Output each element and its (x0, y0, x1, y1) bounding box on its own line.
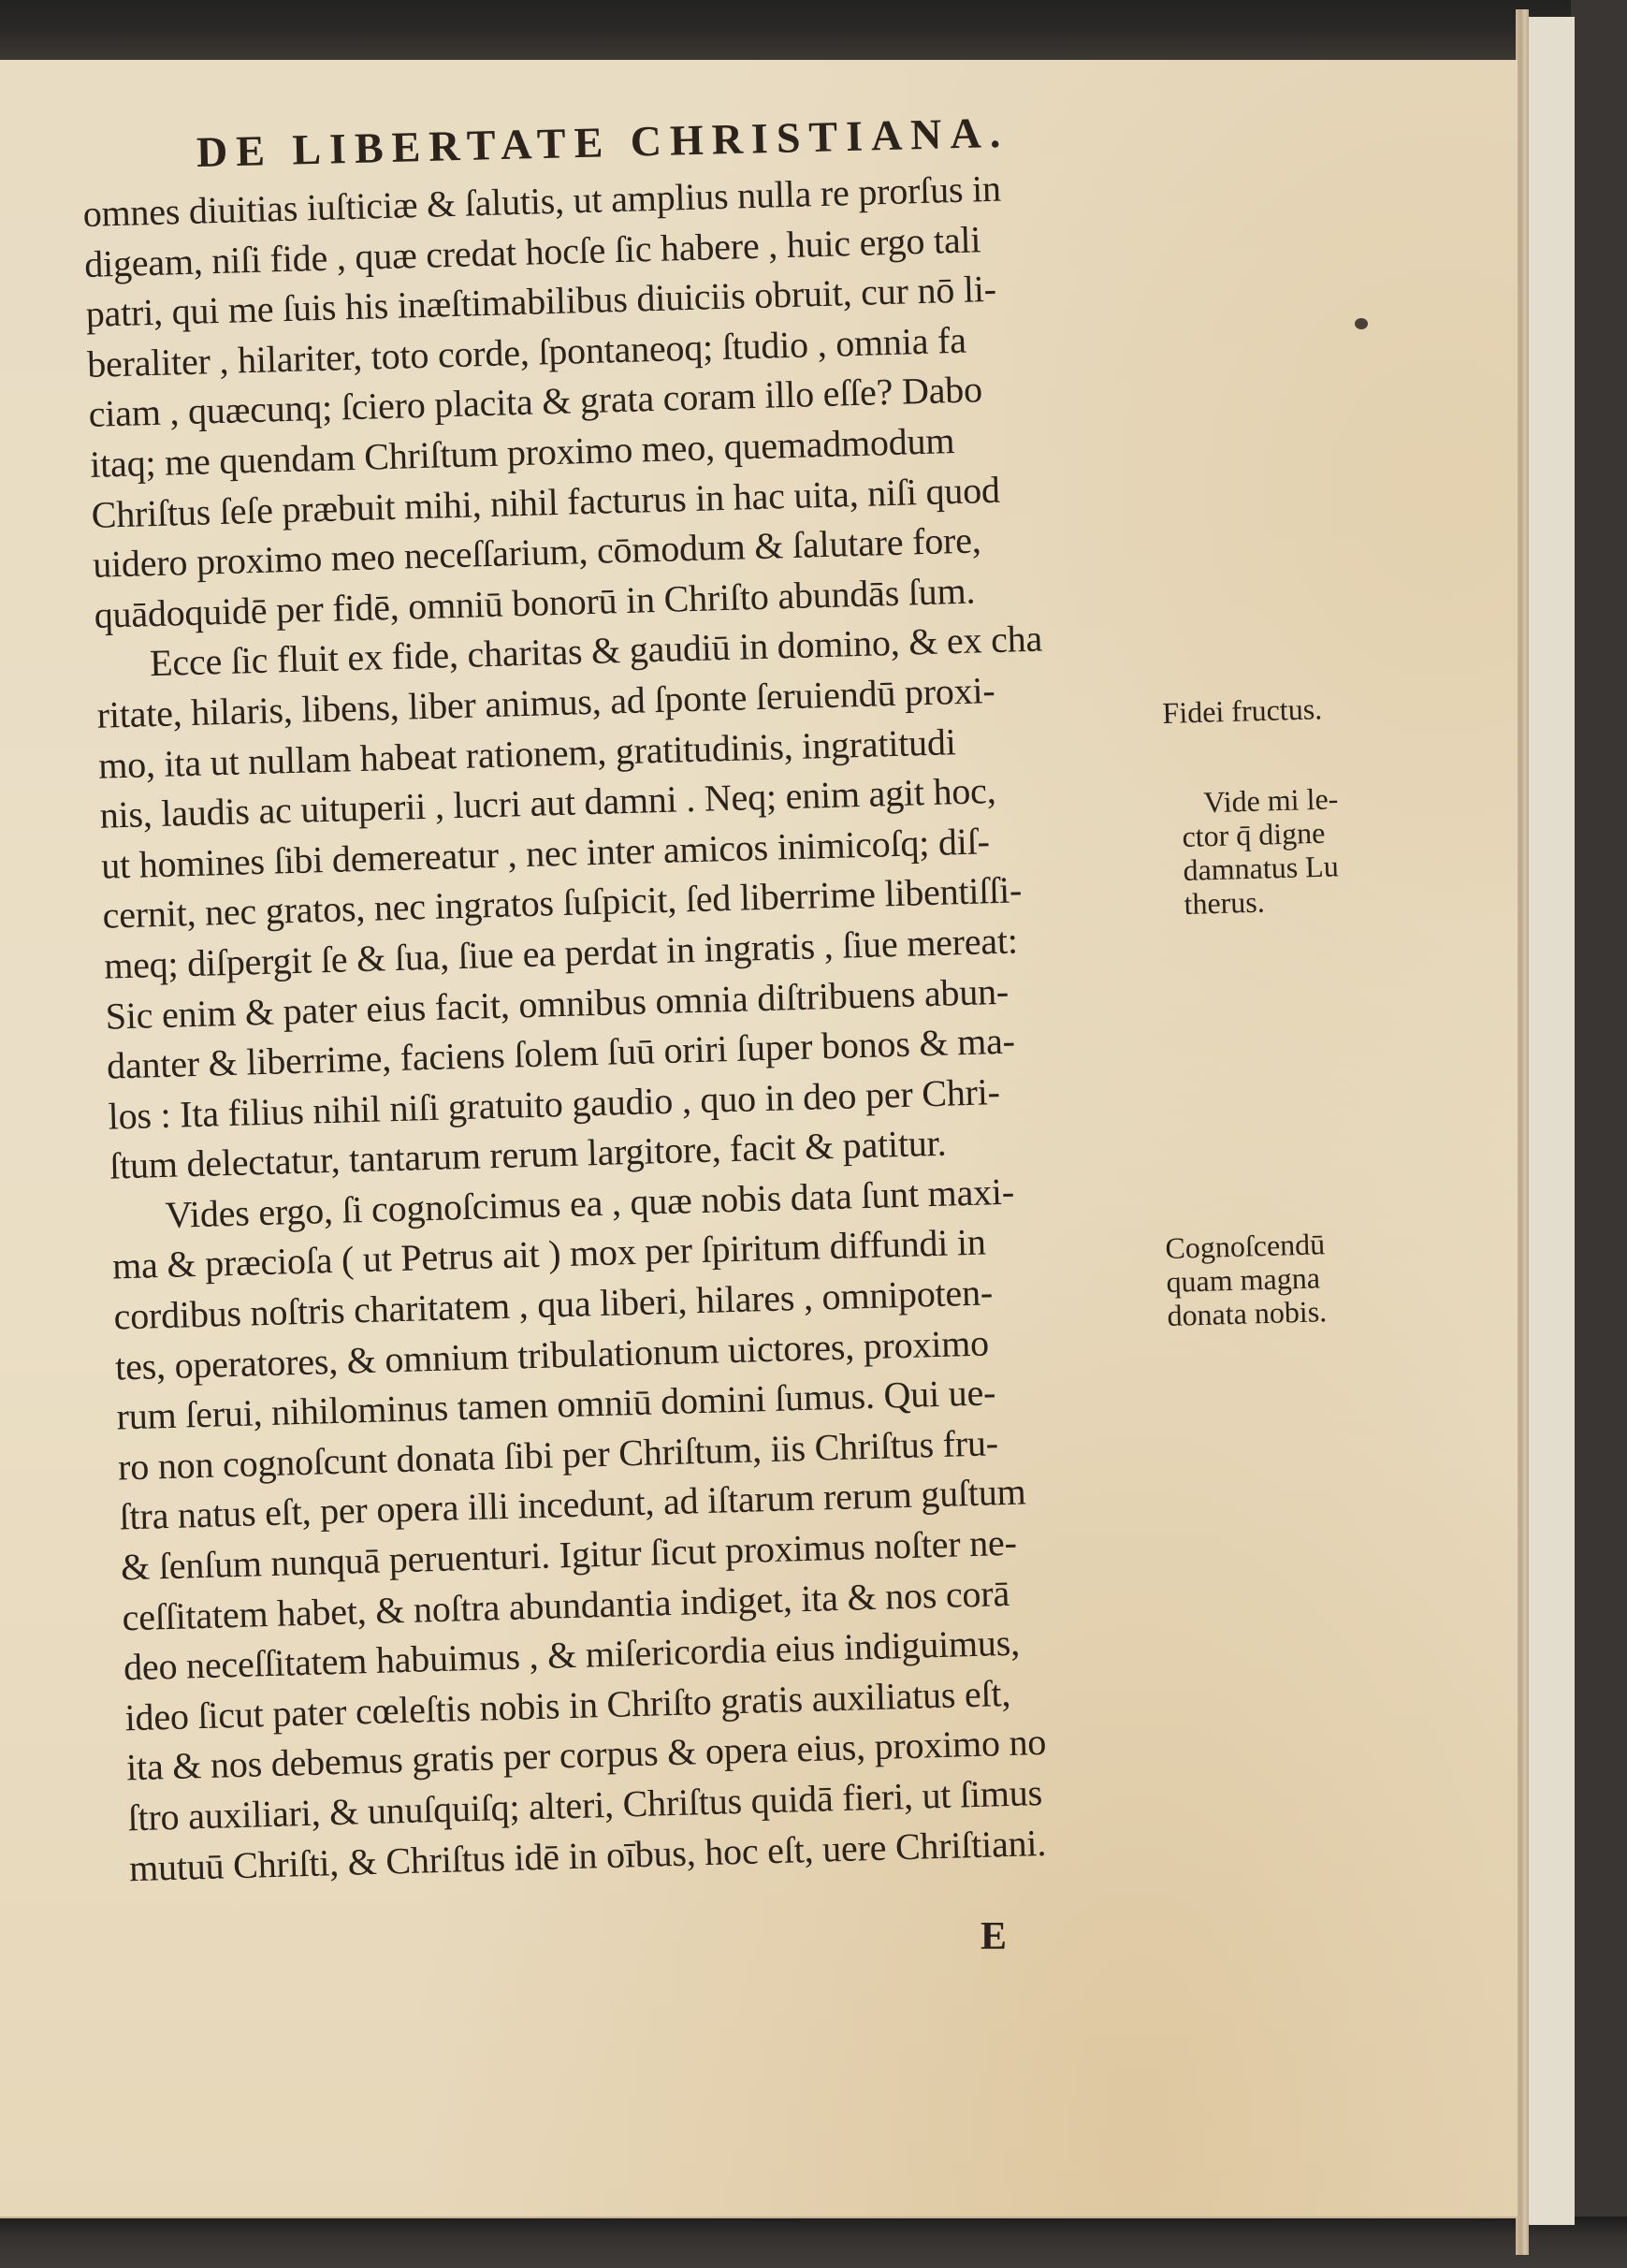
marginal-note-line: Vide mi le- (1181, 781, 1339, 820)
page-edges (1516, 9, 1529, 2255)
marginal-note-line: ctor q̄ digne (1182, 815, 1340, 853)
book-cover-top (0, 0, 1627, 60)
book-page: DE LIBERTATE CHRISTIANA. omnes diuitias … (0, 60, 1518, 2218)
book-cover-right (1571, 0, 1627, 2268)
marginal-note-line: quam magna (1166, 1260, 1327, 1299)
marginal-note-line: Cognoſcendū (1165, 1227, 1326, 1265)
marginal-note-line: damnatus Lu (1183, 849, 1341, 887)
book-cover-bottom (0, 2217, 1627, 2268)
marginal-note-line: Fidei fructus. (1162, 691, 1323, 730)
marginal-note-vide-mi-lector: Vide mi le- ctor q̄ digne damnatus Lu th… (1181, 781, 1342, 921)
ink-spot-decoration (1355, 318, 1368, 329)
marginal-note-cognoscendum: Cognoſcendū quam magna donata nobis. (1165, 1227, 1328, 1332)
marginal-note-fidei-fructus: Fidei fructus. (1162, 691, 1323, 730)
marginal-note-line: therus. (1184, 882, 1342, 921)
marginal-note-line: donata nobis. (1167, 1294, 1328, 1332)
flyleaf-page (1525, 17, 1575, 2225)
body-text: omnes diuitias iuſticiæ & ſalutis, ut am… (82, 158, 1224, 1893)
signature-mark: E (981, 1914, 1007, 1959)
